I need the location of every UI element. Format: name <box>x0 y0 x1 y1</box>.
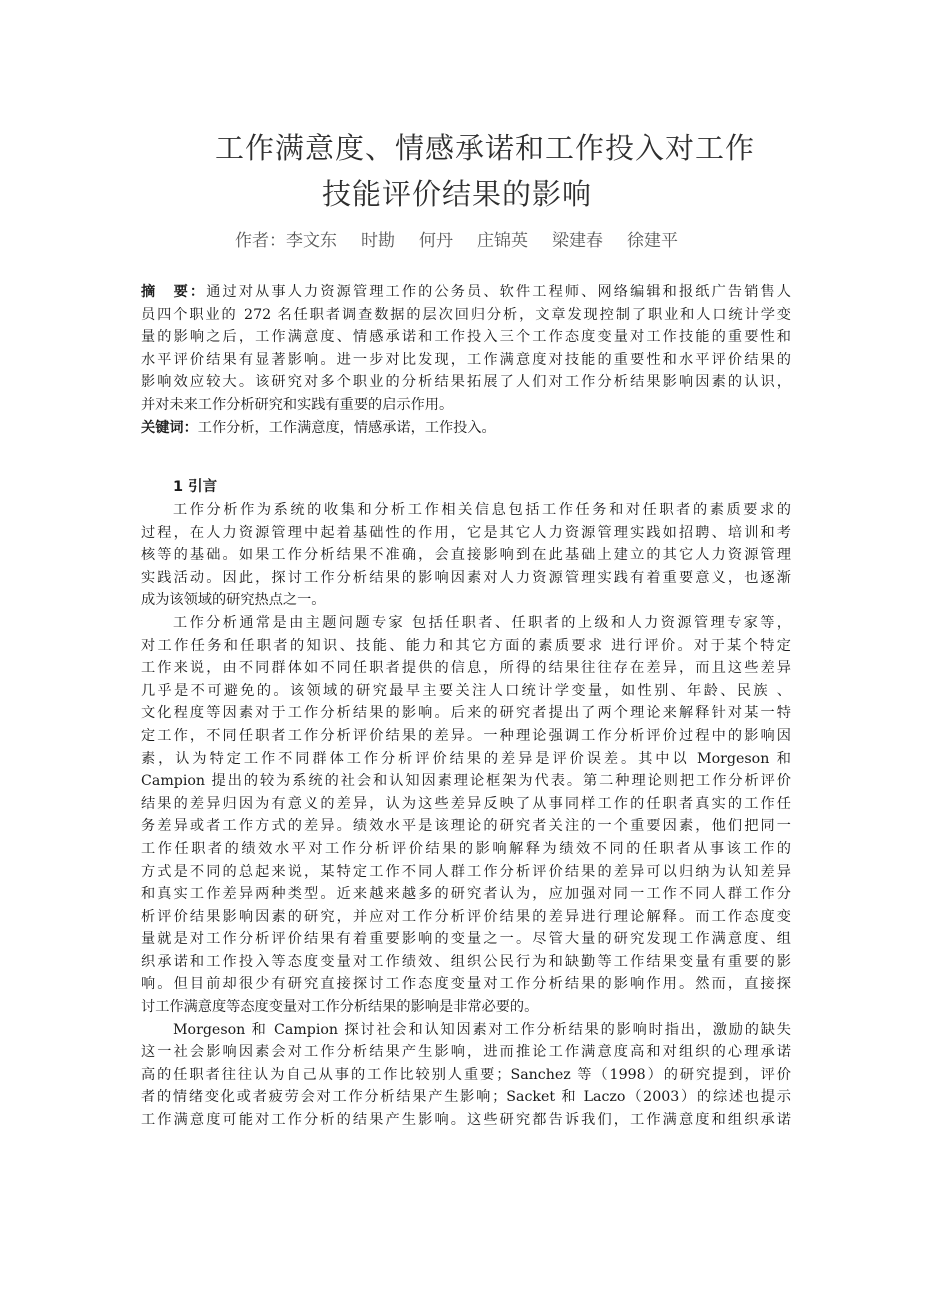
document-page: 工作满意度、情感承诺和工作投入对工作 技能评价结果的影响 作者：李文东时勘何丹庄… <box>0 0 926 1309</box>
author-name: 徐建平 <box>627 231 678 251</box>
abstract-line: 摘 要：通过对从事人力资源管理工作的公务员、软件工程师、网络编辑和报纸广告销售人 <box>141 281 791 304</box>
abstract-line: 影响效应较大。该研究对多个职业的分析结果拓展了人们对工作分析结果影响因素的认识， <box>141 371 791 394</box>
paragraph-line: 成为该领域的研究热点之一。 <box>141 589 791 612</box>
paragraph-line: 织承诺和工作投入等态度变量对工作绩效、组织公民行为和缺勤等工作结果变量有重要的影 <box>141 951 791 974</box>
abstract-line: 量的影响之后，工作满意度、情感承诺和工作投入三个工作态度变量对工作技能的重要性和 <box>141 326 791 349</box>
paragraph-line: 几乎是不可避免的。该领域的研究最早主要关注人口统计学变量，如性别、年龄、民族 、 <box>141 680 791 703</box>
paragraph-line: 素，认为特定工作不同群体工作分析评价结果的差异是评价误差。其中以 Morgeso… <box>141 748 791 771</box>
keywords-line: 关键词：工作分析，工作满意度，情感承诺，工作投入。 <box>141 417 791 440</box>
abstract-label: 摘 要： <box>141 284 206 300</box>
paper-title-line-1: 工作满意度、情感承诺和工作投入对工作 <box>22 126 926 167</box>
author-name: 时勘 <box>361 231 395 251</box>
authors-label: 作者： <box>235 231 286 251</box>
author-name: 梁建春 <box>552 231 603 251</box>
abstract-line: 水平评价结果有显著影响。进一步对比发现，工作满意度对技能的重要性和水平评价结果的 <box>141 349 791 372</box>
paragraph-line: 对工作任务和任职者的知识、技能、能力和其它方面的素质要求 进行评价。对于某个特定 <box>141 635 791 658</box>
paragraph-line: 核等的基础。如果工作分析结果不准确，会直接影响到在此基础上建立的其它人力资源管理 <box>141 544 791 567</box>
paragraph-line: 响。但目前却很少有研究直接探讨工作态度变量对工作分析结果的影响作用。然而，直接探 <box>141 973 791 996</box>
paragraph-line: 文化程度等因素对于工作分析结果的影响。后来的研究者提出了两个理论来解释针对某一特 <box>141 702 791 725</box>
author-name: 庄锦英 <box>477 231 528 251</box>
paper-title-line-2: 技能评价结果的影响 <box>0 172 920 213</box>
author-name: 何丹 <box>419 231 453 251</box>
section-heading: 1 引言 <box>141 475 791 499</box>
paragraph-line: 工作分析通常是由主题问题专家 包括任职者、任职者的上级和人力资源管理专家等， <box>141 612 791 635</box>
paragraph-line: 者的情绪变化或者疲劳会对工作分析结果产生影响；Sacket 和 Laczo（20… <box>141 1086 791 1109</box>
author-name: 李文东 <box>286 231 337 251</box>
paragraph-line: Campion 提出的较为系统的社会和认知因素理论框架为代表。第二种理论则把工作… <box>141 770 791 793</box>
paragraph: Morgeson 和 Campion 探讨社会和认知因素对工作分析结果的影响时指… <box>141 1019 791 1132</box>
paragraph-line: 务差异或者工作方式的差异。绩效水平是该理论的研究者关注的一个重要因素，他们把同一 <box>141 815 791 838</box>
paragraph-line: 析评价结果影响因素的研究，并应对工作分析评价结果的差异进行理论解释。而工作态度变 <box>141 906 791 929</box>
paragraph-line: 讨工作满意度等态度变量对工作分析结果的影响是非常必要的。 <box>141 996 791 1019</box>
keywords-text: 工作分析，工作满意度，情感承诺，工作投入。 <box>198 420 496 436</box>
paragraph-line: 定工作，不同任职者工作分析评价结果的差异。一种理论强调工作分析评价过程中的影响因 <box>141 725 791 748</box>
abstract-block: 摘 要：通过对从事人力资源管理工作的公务员、软件工程师、网络编辑和报纸广告销售人… <box>141 281 791 439</box>
paragraph-line: Morgeson 和 Campion 探讨社会和认知因素对工作分析结果的影响时指… <box>141 1019 791 1042</box>
paragraph-line: 工作满意度可能对工作分析的结果产生影响。这些研究都告诉我们，工作满意度和组织承诺 <box>141 1109 791 1132</box>
paragraph-line: 量就是对工作分析评价结果有着重要影响的变量之一。尽管大量的研究发现工作满意度、组 <box>141 928 791 951</box>
abstract-line: 员四个职业的 272 名任职者调查数据的层次回归分析，文章发现控制了职业和人口统… <box>141 304 791 327</box>
paragraph-line: 工作分析作为系统的收集和分析工作相关信息包括工作任务和对任职者的素质要求的 <box>141 499 791 522</box>
paragraph-line: 工作来说，由不同群体如不同任职者提供的信息，所得的结果往往存在差异，而且这些差异 <box>141 657 791 680</box>
section-introduction: 1 引言 工作分析作为系统的收集和分析工作相关信息包括工作任务和对任职者的素质要… <box>141 475 791 1132</box>
paragraph-line: 和真实工作差异两种类型。近来越来越多的研究者认为，应加强对同一工作不同人群工作分 <box>141 883 791 906</box>
paragraph: 工作分析通常是由主题问题专家 包括任职者、任职者的上级和人力资源管理专家等， 对… <box>141 612 791 1019</box>
abstract-line: 并对未来工作分析研究和实践有重要的启示作用。 <box>141 394 791 417</box>
paragraph-line: 实践活动。因此，探讨工作分析结果的影响因素对人力资源管理实践有着重要意义，也逐渐 <box>141 567 791 590</box>
paragraph-line: 结果的差异归因为有意义的差异，认为这些差异反映了从事同样工作的任职者真实的工作任 <box>141 793 791 816</box>
author-list: 作者：李文东时勘何丹庄锦英梁建春徐建平 <box>235 226 702 251</box>
keywords-label: 关键词： <box>141 420 198 436</box>
paragraph-line: 这一社会影响因素会对工作分析结果产生影响，进而推论工作满意度高和对组织的心理承诺 <box>141 1041 791 1064</box>
paragraph-line: 方式是不同的总起来说，某特定工作不同人群工作分析评价结果的差异可以归纳为认知差异 <box>141 861 791 884</box>
paragraph: 工作分析作为系统的收集和分析工作相关信息包括工作任务和对任职者的素质要求的 过程… <box>141 499 791 612</box>
paragraph-line: 工作任职者的绩效水平对工作分析评价结果的影响解释为绩效不同的任职者从事该工作的 <box>141 838 791 861</box>
paragraph-line: 过程，在人力资源管理中起着基础性的作用，它是其它人力资源管理实践如招聘、培训和考 <box>141 522 791 545</box>
paragraph-line: 高的任职者往往认为自己从事的工作比较别人重要；Sanchez 等（1998）的研… <box>141 1064 791 1087</box>
